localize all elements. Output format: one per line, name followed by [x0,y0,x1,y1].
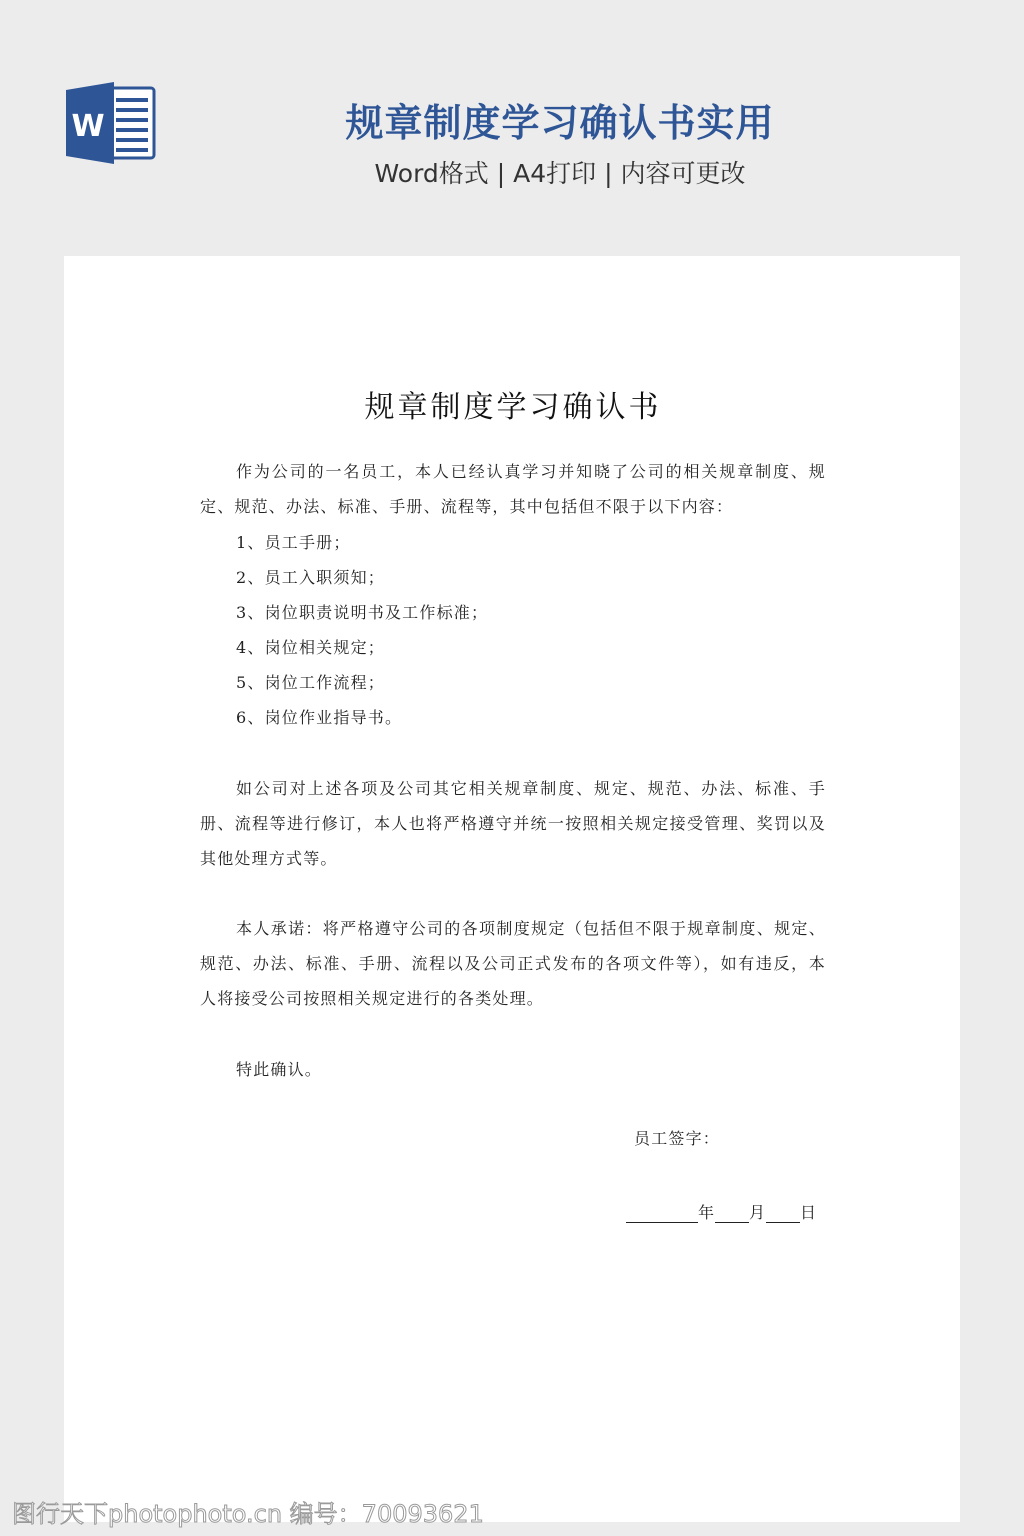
document-page: 规章制度学习确认书 作为公司的一名员工，本人已经认真学习并知晓了公司的相关规章制… [64,256,960,1522]
month-label: 月 [749,1200,766,1223]
list-item: 1、员工手册； [236,525,351,560]
intro-paragraph: 作为公司的一名员工，本人已经认真学习并知晓了公司的相关规章制度、规定、规范、办法… [200,454,826,524]
year-blank [626,1206,698,1223]
list-item: 5、岗位工作流程； [236,665,385,700]
document-title: 规章制度学习确认书 [200,382,826,426]
closing-text: 特此确认。 [200,1052,826,1087]
header: W 规章制度学习确认书实用 Word格式 | A4打印 | 内容可更改 [0,0,1024,256]
day-blank [766,1206,800,1223]
header-title: 规章制度学习确认书实用 [0,92,1024,147]
list-item: 4、岗位相关规定； [236,630,385,665]
list-item: 3、岗位职责说明书及工作标准； [236,595,488,630]
revision-paragraph: 如公司对上述各项及公司其它相关规章制度、规定、规范、办法、标准、手册、流程等进行… [200,771,826,876]
day-label: 日 [800,1200,817,1223]
year-label: 年 [698,1200,715,1223]
commitment-paragraph: 本人承诺：将严格遵守公司的各项制度规定（包括但不限于规章制度、规定、规范、办法、… [200,911,826,1016]
header-subtitle: Word格式 | A4打印 | 内容可更改 [0,154,1024,190]
list-item: 2、员工入职须知； [236,560,385,595]
month-blank [715,1206,749,1223]
watermark: 图行天下photophoto.cn 编号：70093621 [12,1494,484,1529]
list-item: 6、岗位作业指导书。 [236,700,402,735]
signature-label: 员工签字： [634,1126,720,1149]
date-line: 年 月 日 [626,1200,817,1223]
